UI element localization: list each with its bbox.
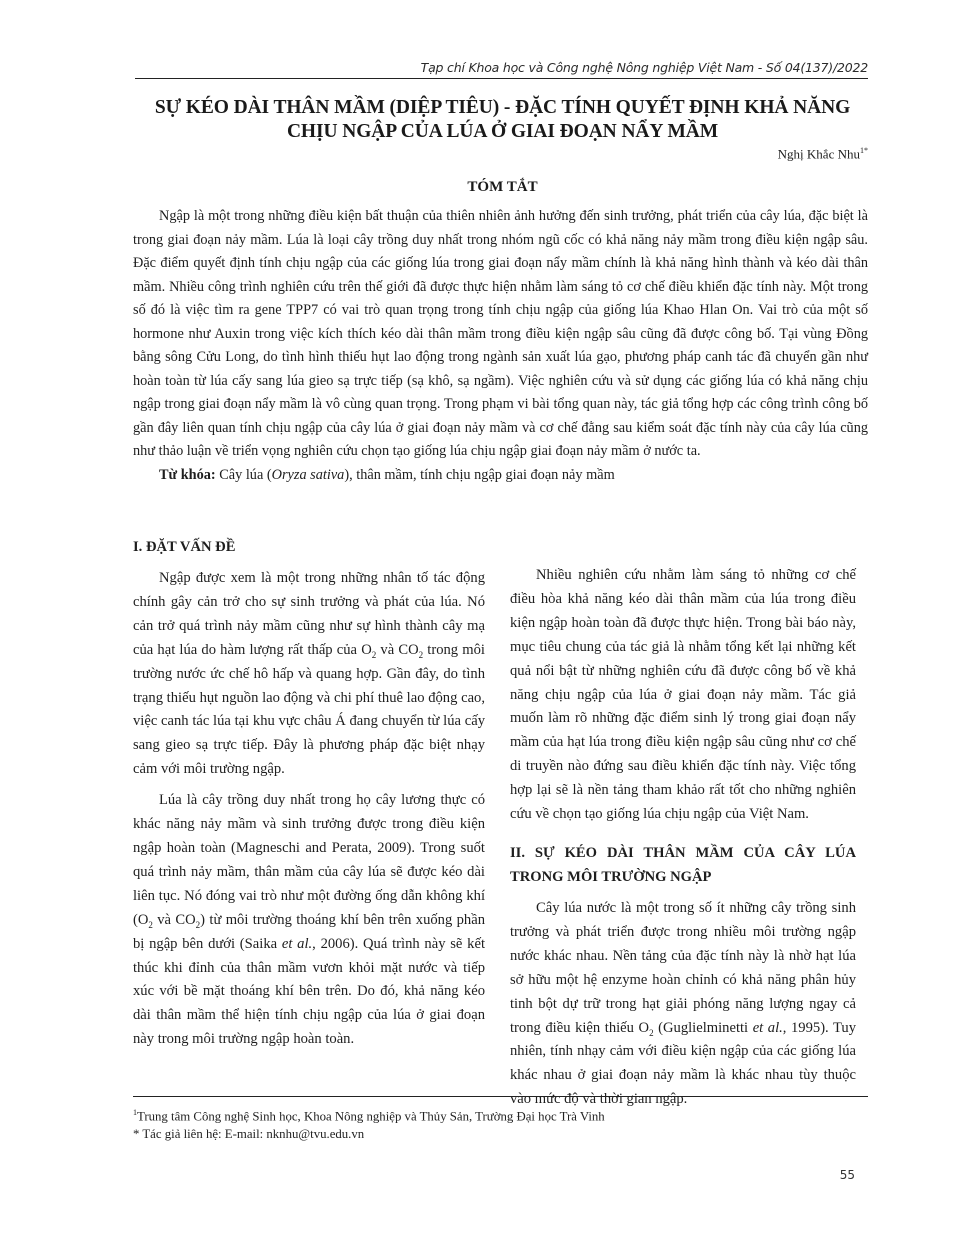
running-header: Tạp chí Khoa học và Công nghệ Nông nghiệ… bbox=[135, 60, 868, 75]
contact-footnote: * Tác giả liên hệ: E-mail: nknhu@tvu.edu… bbox=[133, 1125, 868, 1143]
footnote-divider bbox=[133, 1096, 868, 1097]
abstract-heading: TÓM TẮT bbox=[130, 179, 875, 196]
keywords-label: Từ khóa: bbox=[159, 467, 216, 483]
right-column: Nhiều nghiên cứu nhằm làm sáng tỏ những … bbox=[510, 564, 856, 1119]
author-name: Nghị Khắc Nhu bbox=[778, 146, 860, 161]
section-1-paragraph-1: Ngập được xem là một trong những nhân tố… bbox=[133, 567, 485, 782]
section-2-heading: II. SỰ KÉO DÀI THÂN MẦM CỦA CÂY LÚA TRON… bbox=[510, 841, 856, 889]
section-2-paragraph-1: Cây lúa nước là một trong số ít những câ… bbox=[510, 897, 856, 1112]
header-divider bbox=[135, 78, 868, 79]
scientific-name: Oryza sativa bbox=[272, 467, 345, 483]
author-affiliation-mark: 1* bbox=[860, 146, 868, 155]
journal-page: Tạp chí Khoa học và Công nghệ Nông nghiệ… bbox=[0, 0, 969, 1254]
page-number: 55 bbox=[840, 1168, 855, 1182]
author-byline: Nghị Khắc Nhu1* bbox=[778, 146, 868, 162]
abstract-text: Ngập là một trong những điều kiện bất th… bbox=[133, 205, 868, 464]
abstract: Ngập là một trong những điều kiện bất th… bbox=[133, 205, 868, 487]
section-1-paragraph-2: Lúa là cây trồng duy nhất trong họ cây l… bbox=[133, 789, 485, 1052]
keywords: Từ khóa: Cây lúa (Oryza sativa), thân mầ… bbox=[133, 464, 868, 488]
left-column: I. ĐẶT VẤN ĐỀ Ngập được xem là một trong… bbox=[133, 535, 485, 1059]
affiliation-footnote: 1Trung tâm Công nghệ Sinh học, Khoa Nông… bbox=[133, 1104, 868, 1125]
section-1-heading: I. ĐẶT VẤN ĐỀ bbox=[133, 535, 485, 559]
footnotes: 1Trung tâm Công nghệ Sinh học, Khoa Nông… bbox=[133, 1104, 868, 1143]
section-1-paragraph-3: Nhiều nghiên cứu nhằm làm sáng tỏ những … bbox=[510, 564, 856, 827]
title-line-1: SỰ KÉO DÀI THÂN MẦM (DIỆP TIÊU) - ĐẶC TÍ… bbox=[130, 96, 875, 120]
article-title: SỰ KÉO DÀI THÂN MẦM (DIỆP TIÊU) - ĐẶC TÍ… bbox=[130, 96, 875, 144]
title-line-2: CHỊU NGẬP CỦA LÚA Ở GIAI ĐOẠN NẨY MẦM bbox=[130, 120, 875, 144]
